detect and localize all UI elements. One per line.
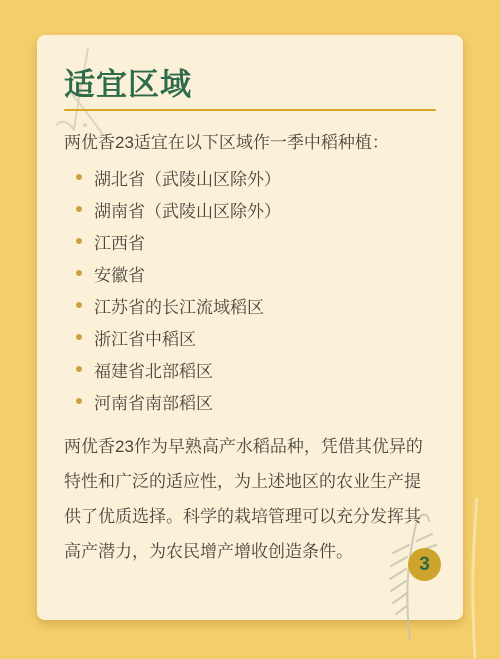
page-background: 适宜区域 两优香23适宜在以下区域作一季中稻种植： 湖北省（武陵山区除外） 湖南… xyxy=(0,0,500,659)
region-label: 江西省 xyxy=(94,229,145,254)
bullet-icon xyxy=(76,206,82,212)
background-stem-line xyxy=(473,498,477,658)
bullet-icon xyxy=(76,238,82,244)
bullet-icon xyxy=(76,302,82,308)
bullet-icon xyxy=(76,174,82,180)
page-number: 3 xyxy=(419,554,430,576)
bullet-icon xyxy=(76,334,82,340)
region-label: 安徽省 xyxy=(94,261,145,286)
page-title: 适宜区域 xyxy=(64,65,436,105)
intro-text: 两优香23适宜在以下区域作一季中稻种植： xyxy=(64,131,436,155)
title-underline xyxy=(64,109,436,111)
list-item: 浙江省中稻区 xyxy=(64,321,436,353)
list-item: 江苏省的长江流域稻区 xyxy=(64,289,436,321)
list-item: 湖南省（武陵山区除外） xyxy=(64,193,436,225)
region-label: 浙江省中稻区 xyxy=(94,325,196,350)
region-list: 湖北省（武陵山区除外） 湖南省（武陵山区除外） 江西省 安徽省 江苏省的长江流域… xyxy=(64,161,436,417)
list-item: 福建省北部稻区 xyxy=(64,353,436,385)
list-item: 安徽省 xyxy=(64,257,436,289)
bullet-icon xyxy=(76,270,82,276)
region-label: 福建省北部稻区 xyxy=(94,357,213,382)
page-number-badge: 3 xyxy=(408,548,441,581)
summary-text: 两优香23作为早熟高产水稻品种，凭借其优异的特性和广泛的适应性，为上述地区的农业… xyxy=(64,429,436,569)
list-item: 江西省 xyxy=(64,225,436,257)
bullet-icon xyxy=(76,366,82,372)
card-content: 适宜区域 两优香23适宜在以下区域作一季中稻种植： 湖北省（武陵山区除外） 湖南… xyxy=(37,65,463,569)
region-label: 湖南省（武陵山区除外） xyxy=(94,197,281,222)
list-item: 河南省南部稻区 xyxy=(64,385,436,417)
region-label: 河南省南部稻区 xyxy=(94,389,213,414)
content-card: 适宜区域 两优香23适宜在以下区域作一季中稻种植： 湖北省（武陵山区除外） 湖南… xyxy=(37,35,463,620)
region-label: 江苏省的长江流域稻区 xyxy=(94,293,264,318)
list-item: 湖北省（武陵山区除外） xyxy=(64,161,436,193)
region-label: 湖北省（武陵山区除外） xyxy=(94,165,281,190)
bullet-icon xyxy=(76,398,82,404)
